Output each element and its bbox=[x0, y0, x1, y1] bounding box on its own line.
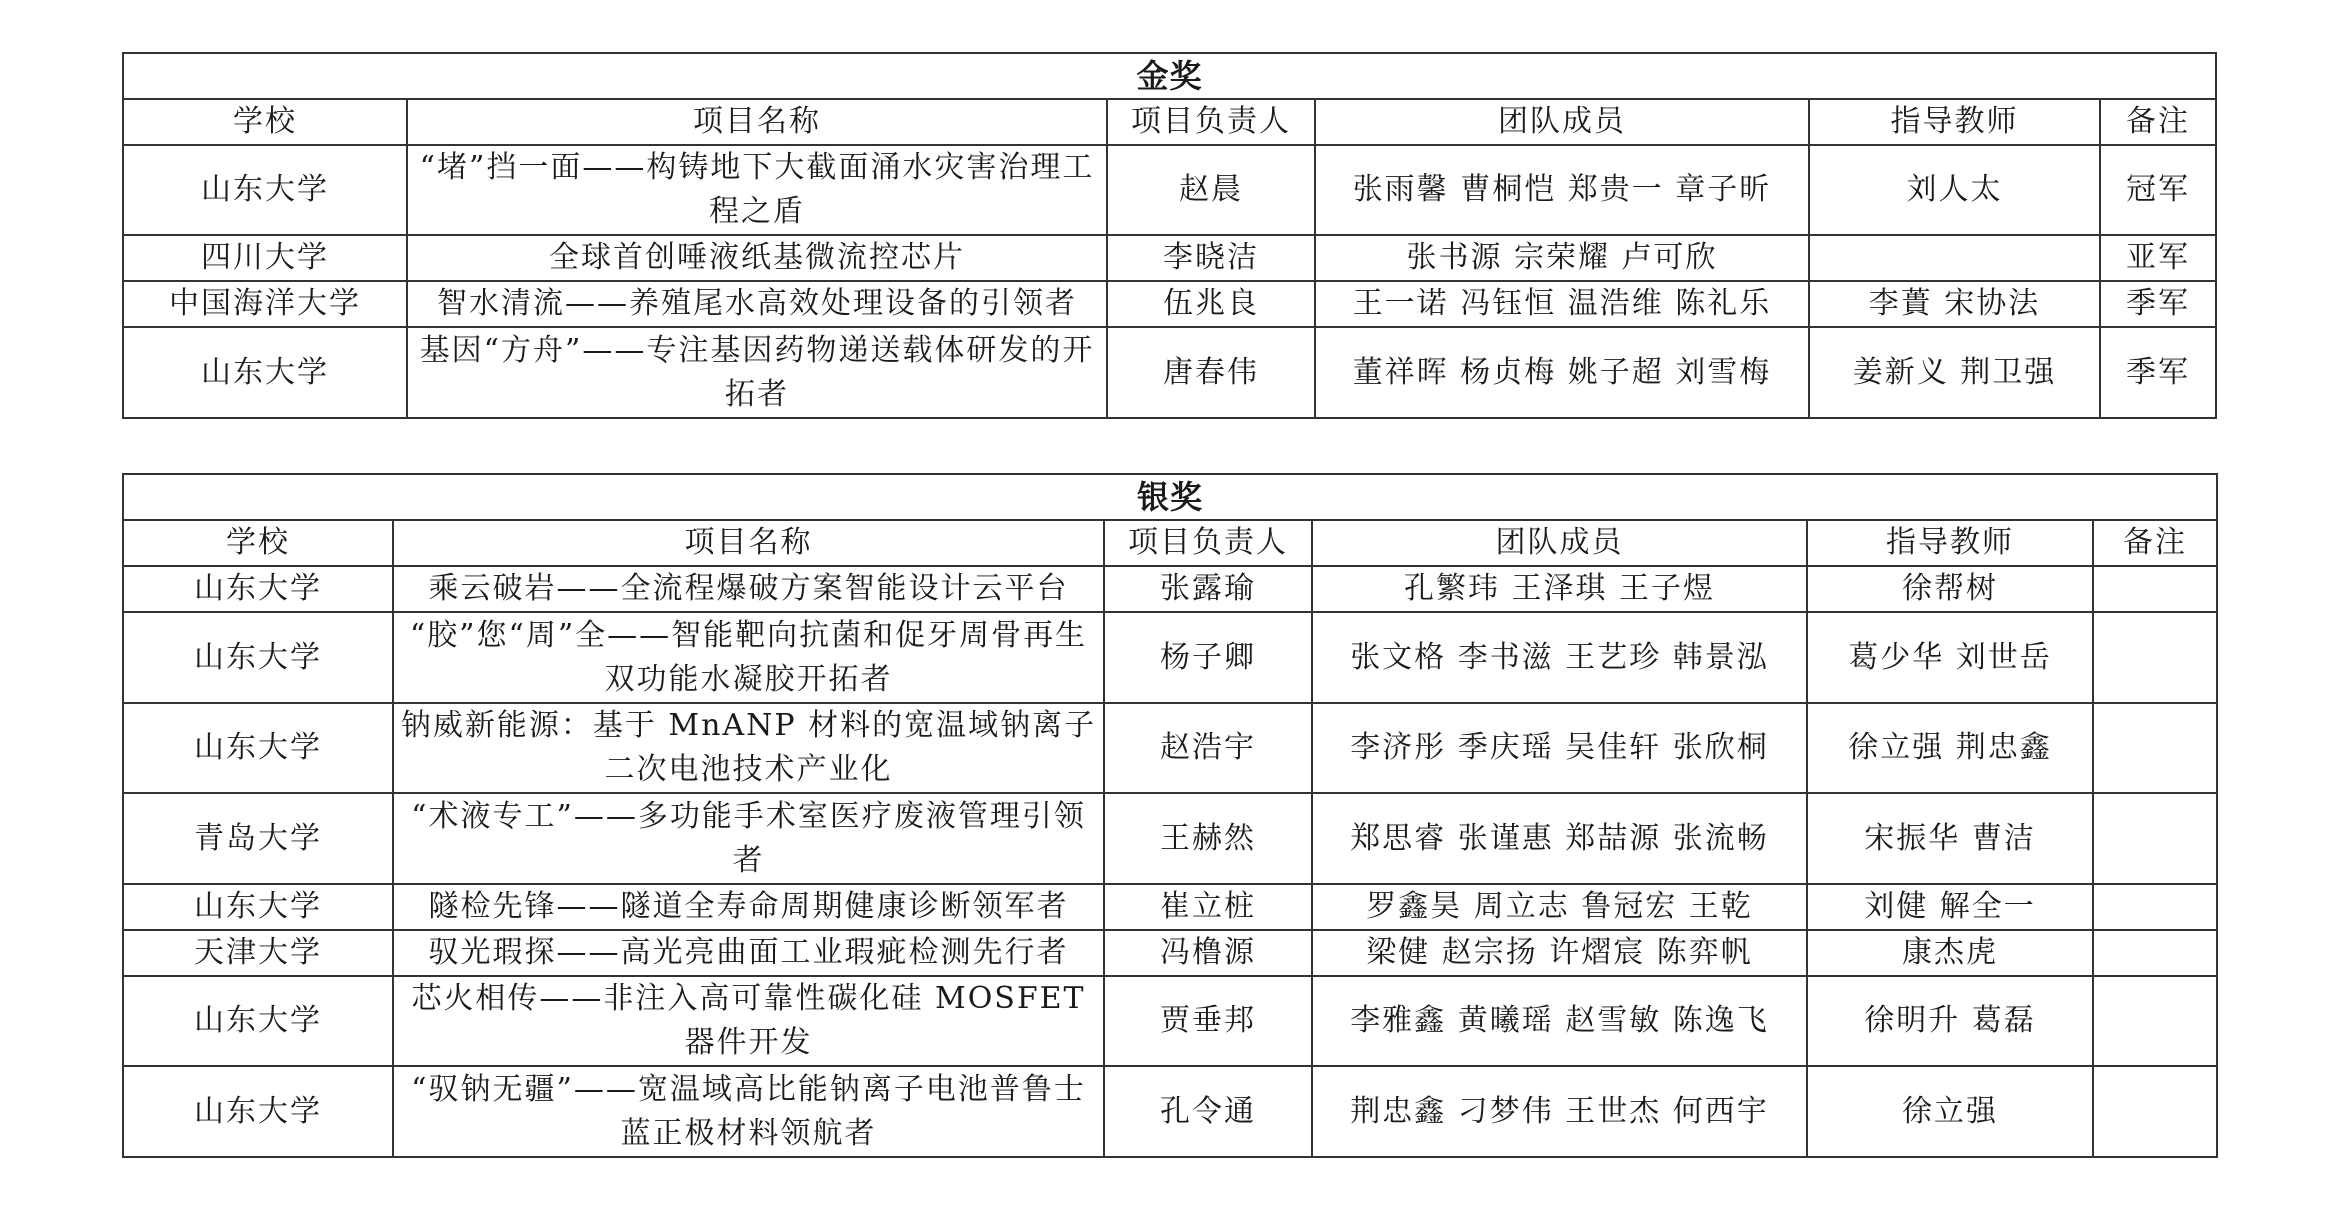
cell-advisor: 徐明升 葛磊 bbox=[1807, 976, 2093, 1066]
header-note: 备注 bbox=[2100, 99, 2216, 145]
cell-advisor: 康杰虎 bbox=[1807, 930, 2093, 976]
cell-school: 山东大学 bbox=[123, 976, 393, 1066]
cell-leader: 李晓洁 bbox=[1107, 235, 1315, 281]
cell-project: 芯火相传——非注入高可靠性碳化硅 MOSFET 器件开发 bbox=[393, 976, 1104, 1066]
cell-school: 山东大学 bbox=[123, 327, 407, 418]
table-row: 山东大学 乘云破岩——全流程爆破方案智能设计云平台 张露瑜 孔繁玮 王泽琪 王子… bbox=[123, 566, 2217, 612]
cell-note bbox=[2093, 1066, 2217, 1157]
cell-members: 梁健 赵宗扬 许熠宸 陈弈帆 bbox=[1312, 930, 1807, 976]
header-advisor: 指导教师 bbox=[1809, 99, 2100, 145]
cell-note bbox=[2093, 612, 2217, 703]
cell-leader: 赵浩宇 bbox=[1104, 703, 1312, 793]
table-title-row: 金奖 bbox=[123, 53, 2216, 99]
cell-note bbox=[2093, 976, 2217, 1066]
cell-project: “驭钠无疆”——宽温域高比能钠离子电池普鲁士蓝正极材料领航者 bbox=[393, 1066, 1104, 1157]
cell-leader: 贾垂邦 bbox=[1104, 976, 1312, 1066]
cell-project: 钠威新能源：基于 MnANP 材料的宽温域钠离子二次电池技术产业化 bbox=[393, 703, 1104, 793]
cell-advisor: 刘健 解全一 bbox=[1807, 884, 2093, 930]
cell-members: 王一诺 冯钰恒 温浩维 陈礼乐 bbox=[1315, 281, 1809, 327]
cell-leader: 王赫然 bbox=[1104, 793, 1312, 884]
cell-project: “堵”挡一面——构铸地下大截面涌水灾害治理工程之盾 bbox=[407, 145, 1107, 235]
cell-note: 冠军 bbox=[2100, 145, 2216, 235]
cell-members: 郑思睿 张谨惠 郑喆源 张流畅 bbox=[1312, 793, 1807, 884]
cell-school: 四川大学 bbox=[123, 235, 407, 281]
cell-advisor: 姜新义 荆卫强 bbox=[1809, 327, 2100, 418]
cell-leader: 赵晨 bbox=[1107, 145, 1315, 235]
cell-members: 张书源 宗荣耀 卢可欣 bbox=[1315, 235, 1809, 281]
cell-leader: 伍兆良 bbox=[1107, 281, 1315, 327]
cell-school: 山东大学 bbox=[123, 884, 393, 930]
cell-school: 天津大学 bbox=[123, 930, 393, 976]
cell-members: 罗鑫昊 周立志 鲁冠宏 王乾 bbox=[1312, 884, 1807, 930]
table-title-row: 银奖 bbox=[123, 474, 2217, 520]
cell-advisor: 徐帮树 bbox=[1807, 566, 2093, 612]
table-row: 四川大学 全球首创唾液纸基微流控芯片 李晓洁 张书源 宗荣耀 卢可欣 亚军 bbox=[123, 235, 2216, 281]
cell-note: 季军 bbox=[2100, 281, 2216, 327]
cell-project: “胶”您“周”全——智能靶向抗菌和促牙周骨再生双功能水凝胶开拓者 bbox=[393, 612, 1104, 703]
header-project: 项目名称 bbox=[393, 520, 1104, 566]
cell-note bbox=[2093, 930, 2217, 976]
table-row: 山东大学 基因“方舟”——专注基因药物递送载体研发的开拓者 唐春伟 董祥晖 杨贞… bbox=[123, 327, 2216, 418]
cell-members: 孔繁玮 王泽琪 王子煜 bbox=[1312, 566, 1807, 612]
header-advisor: 指导教师 bbox=[1807, 520, 2093, 566]
header-project: 项目名称 bbox=[407, 99, 1107, 145]
cell-note bbox=[2093, 566, 2217, 612]
silver-award-table: 银奖 学校 项目名称 项目负责人 团队成员 指导教师 备注 山东大学 乘云破岩—… bbox=[122, 473, 2218, 1158]
header-members: 团队成员 bbox=[1312, 520, 1807, 566]
cell-project: 乘云破岩——全流程爆破方案智能设计云平台 bbox=[393, 566, 1104, 612]
cell-advisor: 徐立强 荆忠鑫 bbox=[1807, 703, 2093, 793]
cell-project: “术液专工”——多功能手术室医疗废液管理引领者 bbox=[393, 793, 1104, 884]
cell-note bbox=[2093, 884, 2217, 930]
cell-advisor: 徐立强 bbox=[1807, 1066, 2093, 1157]
cell-members: 董祥晖 杨贞梅 姚子超 刘雪梅 bbox=[1315, 327, 1809, 418]
cell-school: 山东大学 bbox=[123, 703, 393, 793]
cell-project: 全球首创唾液纸基微流控芯片 bbox=[407, 235, 1107, 281]
cell-project: 隧检先锋——隧道全寿命周期健康诊断领军者 bbox=[393, 884, 1104, 930]
cell-note bbox=[2093, 793, 2217, 884]
cell-members: 李雅鑫 黄曦瑶 赵雪敏 陈逸飞 bbox=[1312, 976, 1807, 1066]
cell-advisor: 刘人太 bbox=[1809, 145, 2100, 235]
cell-project: 驭光瑕探——高光亮曲面工业瑕疵检测先行者 bbox=[393, 930, 1104, 976]
header-leader: 项目负责人 bbox=[1104, 520, 1312, 566]
header-school: 学校 bbox=[123, 520, 393, 566]
cell-leader: 杨子卿 bbox=[1104, 612, 1312, 703]
cell-leader: 冯橹源 bbox=[1104, 930, 1312, 976]
cell-members: 李济彤 季庆瑶 吴佳轩 张欣桐 bbox=[1312, 703, 1807, 793]
cell-school: 山东大学 bbox=[123, 566, 393, 612]
cell-advisor: 宋振华 曹洁 bbox=[1807, 793, 2093, 884]
cell-school: 山东大学 bbox=[123, 145, 407, 235]
cell-note bbox=[2093, 703, 2217, 793]
table-row: 山东大学 芯火相传——非注入高可靠性碳化硅 MOSFET 器件开发 贾垂邦 李雅… bbox=[123, 976, 2217, 1066]
table-row: 天津大学 驭光瑕探——高光亮曲面工业瑕疵检测先行者 冯橹源 梁健 赵宗扬 许熠宸… bbox=[123, 930, 2217, 976]
table-title: 银奖 bbox=[123, 474, 2217, 520]
cell-leader: 崔立桩 bbox=[1104, 884, 1312, 930]
cell-leader: 唐春伟 bbox=[1107, 327, 1315, 418]
header-school: 学校 bbox=[123, 99, 407, 145]
cell-members: 荆忠鑫 刁梦伟 王世杰 何西宇 bbox=[1312, 1066, 1807, 1157]
cell-school: 中国海洋大学 bbox=[123, 281, 407, 327]
table-row: 山东大学 隧检先锋——隧道全寿命周期健康诊断领军者 崔立桩 罗鑫昊 周立志 鲁冠… bbox=[123, 884, 2217, 930]
table-row: 山东大学 “驭钠无疆”——宽温域高比能钠离子电池普鲁士蓝正极材料领航者 孔令通 … bbox=[123, 1066, 2217, 1157]
header-row: 学校 项目名称 项目负责人 团队成员 指导教师 备注 bbox=[123, 99, 2216, 145]
cell-members: 张文格 李书滋 王艺珍 韩景泓 bbox=[1312, 612, 1807, 703]
cell-members: 张雨馨 曹桐恺 郑贵一 章子昕 bbox=[1315, 145, 1809, 235]
cell-project: 智水清流——养殖尾水高效处理设备的引领者 bbox=[407, 281, 1107, 327]
cell-school: 山东大学 bbox=[123, 612, 393, 703]
cell-note: 亚军 bbox=[2100, 235, 2216, 281]
table-title: 金奖 bbox=[123, 53, 2216, 99]
cell-advisor bbox=[1809, 235, 2100, 281]
table-row: 山东大学 “胶”您“周”全——智能靶向抗菌和促牙周骨再生双功能水凝胶开拓者 杨子… bbox=[123, 612, 2217, 703]
header-leader: 项目负责人 bbox=[1107, 99, 1315, 145]
cell-school: 山东大学 bbox=[123, 1066, 393, 1157]
cell-leader: 孔令通 bbox=[1104, 1066, 1312, 1157]
table-row: 青岛大学 “术液专工”——多功能手术室医疗废液管理引领者 王赫然 郑思睿 张谨惠… bbox=[123, 793, 2217, 884]
table-row: 山东大学 “堵”挡一面——构铸地下大截面涌水灾害治理工程之盾 赵晨 张雨馨 曹桐… bbox=[123, 145, 2216, 235]
cell-note: 季军 bbox=[2100, 327, 2216, 418]
gold-award-table: 金奖 学校 项目名称 项目负责人 团队成员 指导教师 备注 山东大学 “堵”挡一… bbox=[122, 52, 2217, 419]
header-note: 备注 bbox=[2093, 520, 2217, 566]
cell-leader: 张露瑜 bbox=[1104, 566, 1312, 612]
table-row: 中国海洋大学 智水清流——养殖尾水高效处理设备的引领者 伍兆良 王一诺 冯钰恒 … bbox=[123, 281, 2216, 327]
header-row: 学校 项目名称 项目负责人 团队成员 指导教师 备注 bbox=[123, 520, 2217, 566]
header-members: 团队成员 bbox=[1315, 99, 1809, 145]
cell-advisor: 葛少华 刘世岳 bbox=[1807, 612, 2093, 703]
cell-school: 青岛大学 bbox=[123, 793, 393, 884]
cell-advisor: 李蕢 宋协法 bbox=[1809, 281, 2100, 327]
cell-project: 基因“方舟”——专注基因药物递送载体研发的开拓者 bbox=[407, 327, 1107, 418]
table-row: 山东大学 钠威新能源：基于 MnANP 材料的宽温域钠离子二次电池技术产业化 赵… bbox=[123, 703, 2217, 793]
